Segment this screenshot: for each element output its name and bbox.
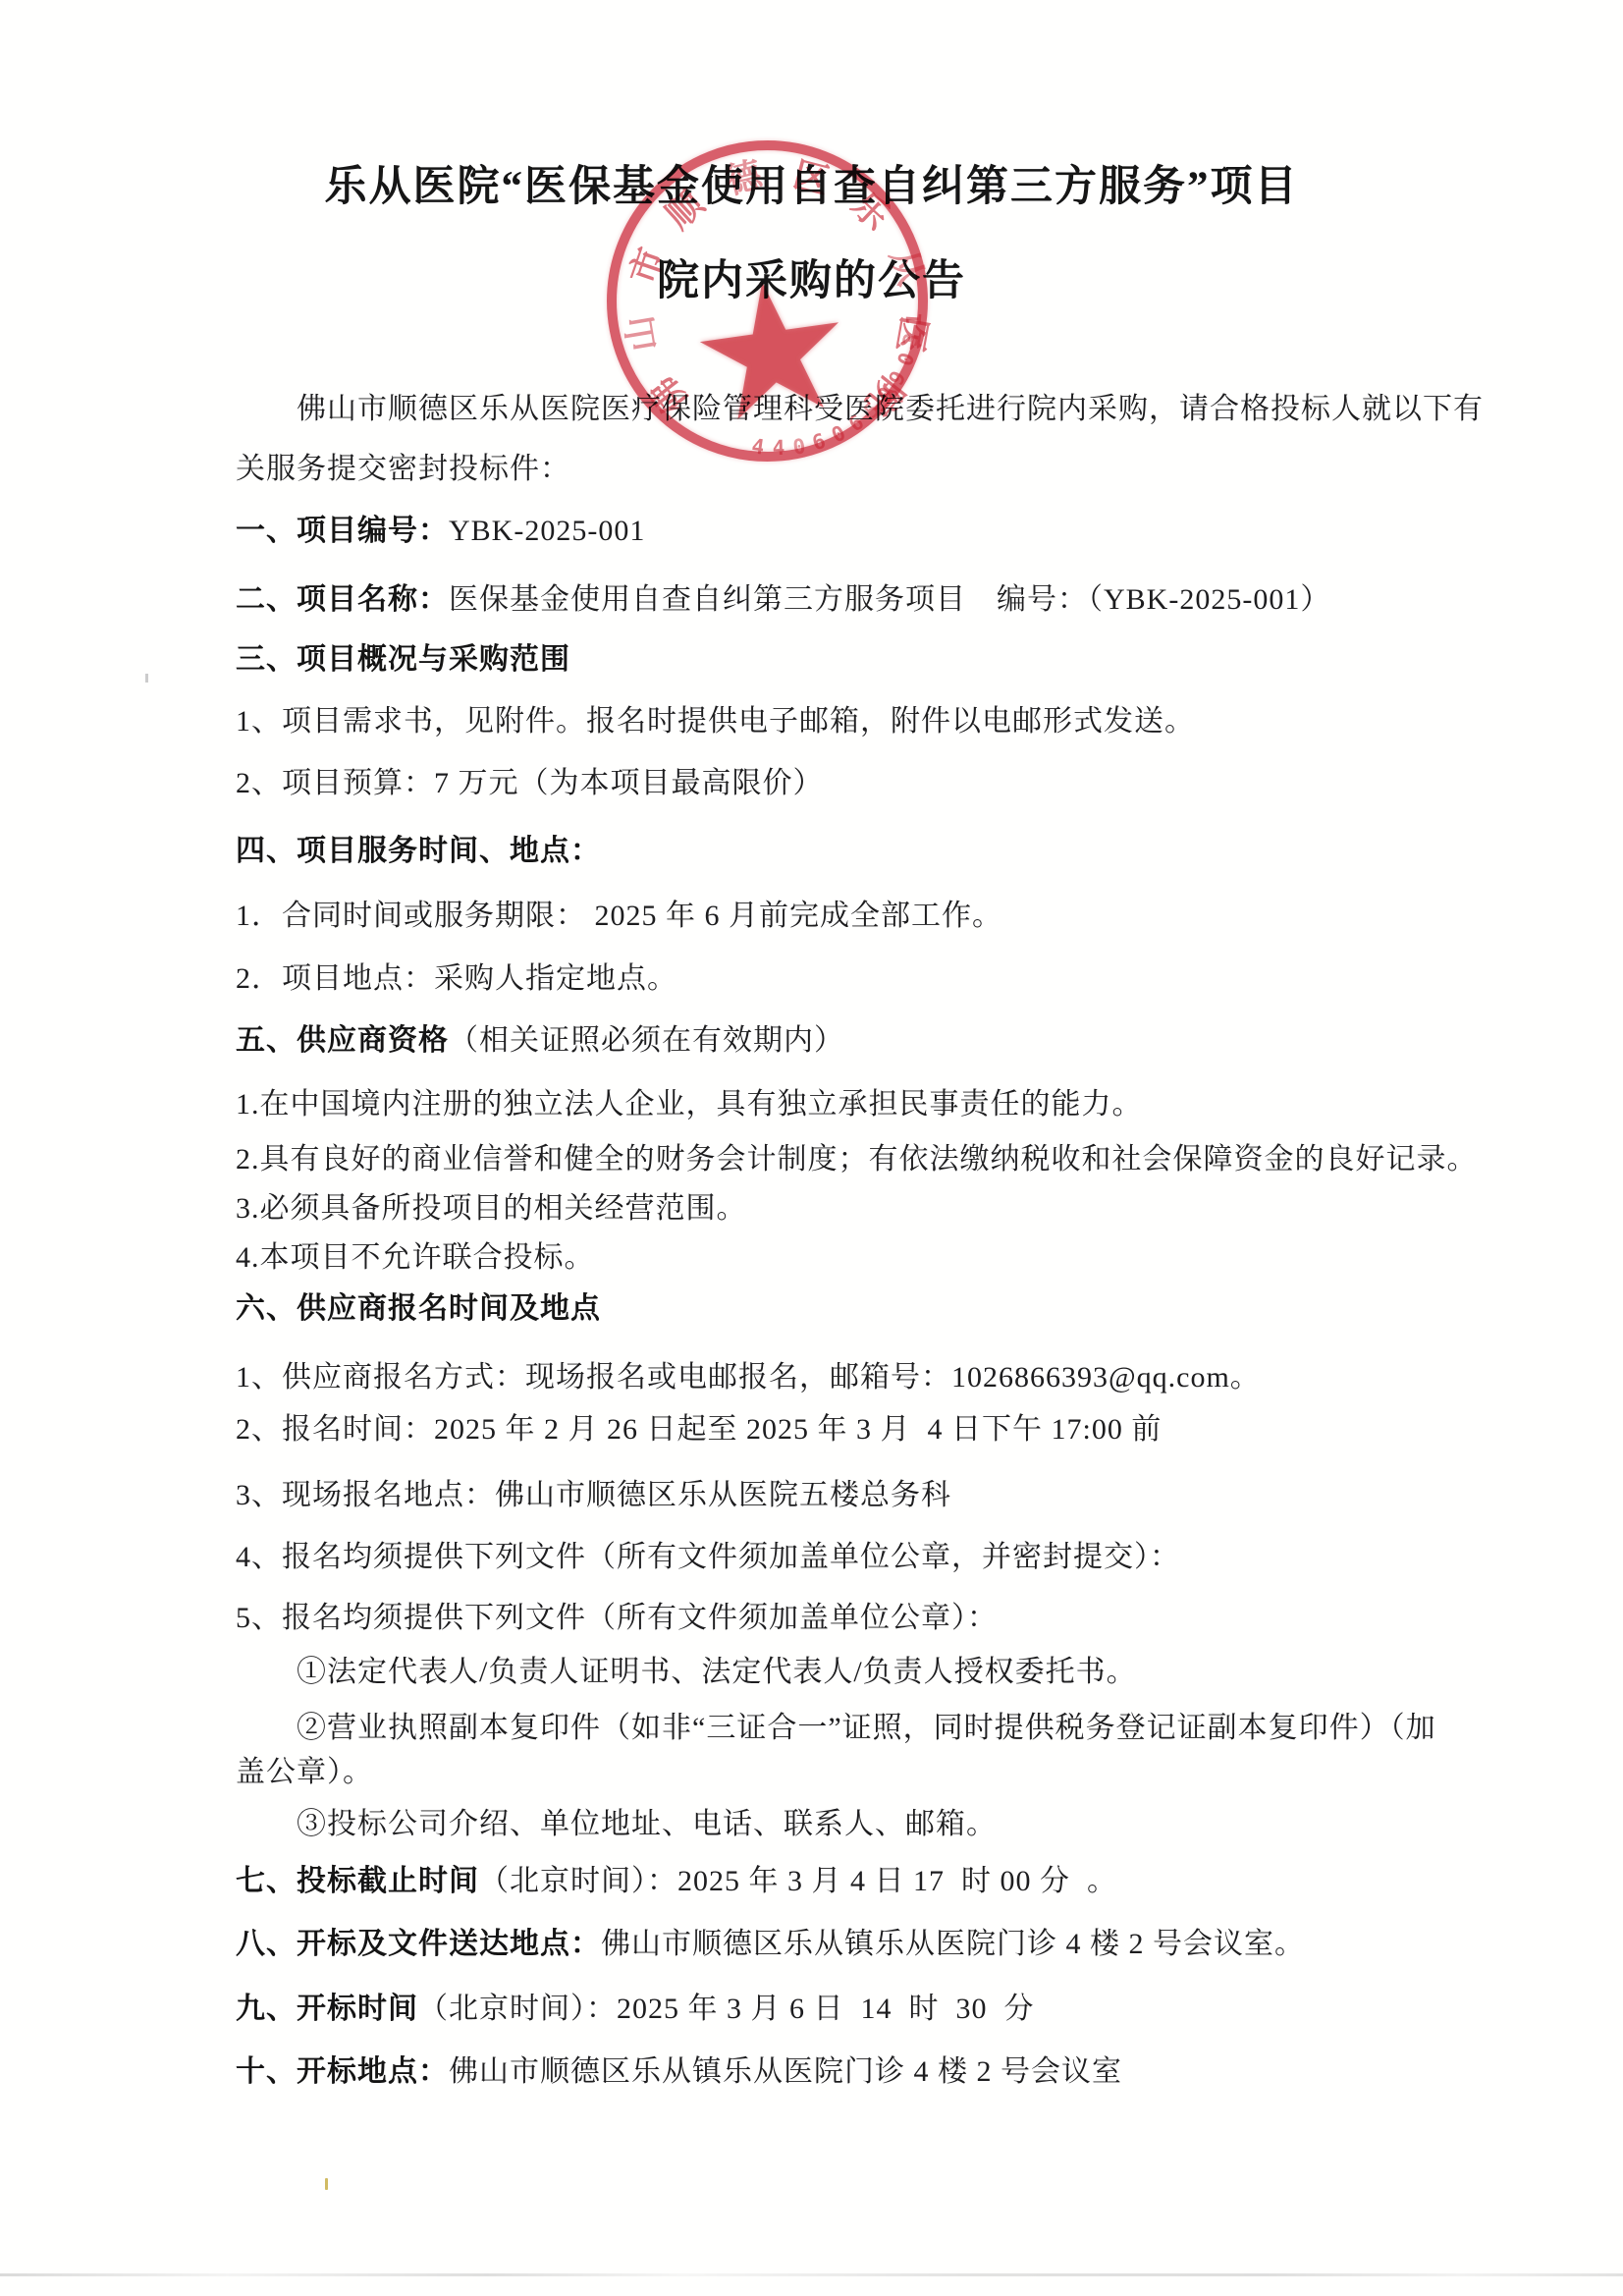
line-text-bold: 三、项目概况与采购范围 — [236, 643, 570, 676]
document-line: 盖公章）。 — [236, 1753, 373, 1792]
scan-artifact-speck — [325, 2178, 328, 2190]
line-text: 关服务提交密封投标件： — [236, 453, 570, 485]
document-line: 4、报名均须提供下列文件（所有文件须加盖单位公章，并密封提交）： — [236, 1538, 1180, 1577]
document-line: ③投标公司介绍、单位地址、电话、联系人、邮箱。 — [297, 1805, 997, 1844]
seal-org-char: 市 — [616, 241, 675, 291]
document-line: 关服务提交密封投标件： — [236, 450, 570, 489]
document-line: 九、开标时间（北京时间）：2025 年 3 月 6 日 14 时 30 分 — [236, 1990, 1035, 2029]
line-text-bold: 十、开标地点： — [236, 2055, 449, 2088]
document-line: 2．项目地点：采购人指定地点。 — [236, 959, 677, 999]
line-text: 盖公章）。 — [236, 1756, 373, 1788]
official-seal-stamp: ★ 佛山市顺德区乐从医院 440606509031 — [607, 140, 928, 462]
document-line: 三、项目概况与采购范围 — [236, 640, 570, 680]
line-text: 2、报名时间：2025 年 2 月 26 日起至 2025 年 3 月 4 日下… — [236, 1413, 1162, 1446]
line-text-bold: 九、开标时间 — [236, 1993, 418, 2025]
line-text: （相关证照必须在有效期内） — [449, 1024, 844, 1057]
document-line: ①法定代表人/负责人证明书、法定代表人/负责人授权委托书。 — [297, 1653, 1137, 1692]
line-text: 3、现场报名地点：佛山市顺德区乐从医院五楼总务科 — [236, 1479, 951, 1511]
line-text: 3.必须具备所投项目的相关经营范围。 — [236, 1192, 747, 1225]
document-line: 1、项目需求书，见附件。报名时提供电子邮箱，附件以电邮形式发送。 — [236, 702, 1195, 741]
document-line: 十、开标地点：佛山市顺德区乐从镇乐从医院门诊 4 楼 2 号会议室 — [236, 2052, 1122, 2092]
line-text: ③投标公司介绍、单位地址、电话、联系人、邮箱。 — [297, 1808, 997, 1840]
line-text: （北京时间）：2025 年 3 月 4 日 17 时 00 分 。 — [479, 1865, 1117, 1897]
document-line: 四、项目服务时间、地点： — [236, 832, 601, 871]
document-line: ②营业执照副本复印件（如非“三证合一”证照，同时提供税务登记证副本复印件）（加 — [297, 1709, 1436, 1748]
line-text-bold: 六、供应商报名时间及地点 — [236, 1292, 601, 1325]
document-line: 5、报名均须提供下列文件（所有文件须加盖单位公章）： — [236, 1599, 998, 1638]
line-text: 4.本项目不允许联合投标。 — [236, 1241, 595, 1274]
document-page: 乐从医院“医保基金使用自查自纠第三方服务”项目 院内采购的公告 佛山市顺德区乐从… — [0, 0, 1623, 2296]
document-line: 六、供应商报名时间及地点 — [236, 1289, 601, 1329]
line-text: （北京时间）：2025 年 3 月 6 日 14 时 30 分 — [418, 1993, 1035, 2025]
line-text: 1.在中国境内注册的独立法人企业，具有独立承担民事责任的能力。 — [236, 1088, 1143, 1121]
seal-code-digit: 1 — [902, 312, 927, 326]
document-line: 二、项目名称：医保基金使用自查自纠第三方服务项目 编号：（YBK-2025-00… — [236, 580, 1330, 620]
document-line: 1.在中国境内注册的独立法人企业，具有独立承担民事责任的能力。 — [236, 1085, 1143, 1124]
line-text: 医保基金使用自查自纠第三方服务项目 编号：（YBK-2025-001） — [449, 583, 1330, 616]
line-text: 2、项目预算：7 万元（为本项目最高限价） — [236, 767, 824, 799]
line-text: 1、项目需求书，见附件。报名时提供电子邮箱，附件以电邮形式发送。 — [236, 705, 1195, 738]
seal-code-digit: 4 — [772, 436, 784, 460]
seal-org-char: 区 — [788, 147, 836, 204]
document-line: 七、投标截止时间（北京时间）：2025 年 3 月 4 日 17 时 00 分 … — [236, 1862, 1117, 1901]
line-text: 佛山市顺德区乐从镇乐从医院门诊 4 楼 2 号会议室 — [449, 2055, 1122, 2088]
line-text-bold: 七、投标截止时间 — [236, 1865, 479, 1897]
line-text: 佛山市顺德区乐从镇乐从医院门诊 4 楼 2 号会议室。 — [601, 1928, 1305, 1960]
document-line: 3.必须具备所投项目的相关经营范围。 — [236, 1189, 747, 1229]
scan-artifact-line — [0, 2273, 1623, 2276]
document-line: 2.具有良好的商业信誉和健全的财务会计制度；有依法缴纳税收和社会保障资金的良好记… — [236, 1140, 1478, 1179]
document-line: 4.本项目不允许联合投标。 — [236, 1238, 595, 1278]
line-text: 1．合同时间或服务期限： 2025 年 6 月前完成全部工作。 — [236, 900, 1002, 932]
line-text-bold: 四、项目服务时间、地点： — [236, 835, 601, 867]
line-text-bold: 一、项目编号： — [236, 515, 449, 547]
document-line: 八、开标及文件送达地点：佛山市顺德区乐从镇乐从医院门诊 4 楼 2 号会议室。 — [236, 1925, 1305, 1964]
line-text: ①法定代表人/负责人证明书、法定代表人/负责人授权委托书。 — [297, 1656, 1137, 1688]
line-text: 2．项目地点：采购人指定地点。 — [236, 962, 677, 995]
line-text: 4、报名均须提供下列文件（所有文件须加盖单位公章，并密封提交）： — [236, 1541, 1180, 1573]
document-line: 1．合同时间或服务期限： 2025 年 6 月前完成全部工作。 — [236, 897, 1002, 936]
line-text: 2.具有良好的商业信誉和健全的财务会计制度；有依法缴纳税收和社会保障资金的良好记… — [236, 1143, 1478, 1175]
seal-org-char: 顺 — [653, 178, 713, 239]
line-text-bold: 八、开标及文件送达地点： — [236, 1928, 601, 1960]
document-line: 一、项目编号：YBK-2025-001 — [236, 512, 645, 551]
document-line: 1、供应商报名方式：现场报名或电邮报名，邮箱号：1026866393@qq.co… — [236, 1358, 1261, 1397]
document-line: 3、现场报名地点：佛山市顺德区乐从医院五楼总务科 — [236, 1476, 951, 1515]
document-line: 2、项目预算：7 万元（为本项目最高限价） — [236, 764, 824, 803]
document-line: 2、报名时间：2025 年 2 月 26 日起至 2025 年 3 月 4 日下… — [236, 1410, 1162, 1449]
line-text: 1、供应商报名方式：现场报名或电邮报名，邮箱号：1026866393@qq.co… — [236, 1361, 1261, 1394]
seal-org-char: 山 — [612, 312, 667, 355]
line-text: 5、报名均须提供下列文件（所有文件须加盖单位公章）： — [236, 1602, 998, 1634]
scan-artifact-speck — [145, 674, 148, 683]
seal-org-char: 德 — [720, 147, 766, 204]
line-text-bold: 二、项目名称： — [236, 583, 449, 616]
document-line: 五、供应商资格（相关证照必须在有效期内） — [236, 1021, 844, 1061]
line-text: YBK-2025-001 — [449, 515, 645, 547]
line-text: ②营业执照副本复印件（如非“三证合一”证照，同时提供税务登记证副本复印件）（加 — [297, 1712, 1436, 1744]
line-text-bold: 五、供应商资格 — [236, 1024, 449, 1057]
